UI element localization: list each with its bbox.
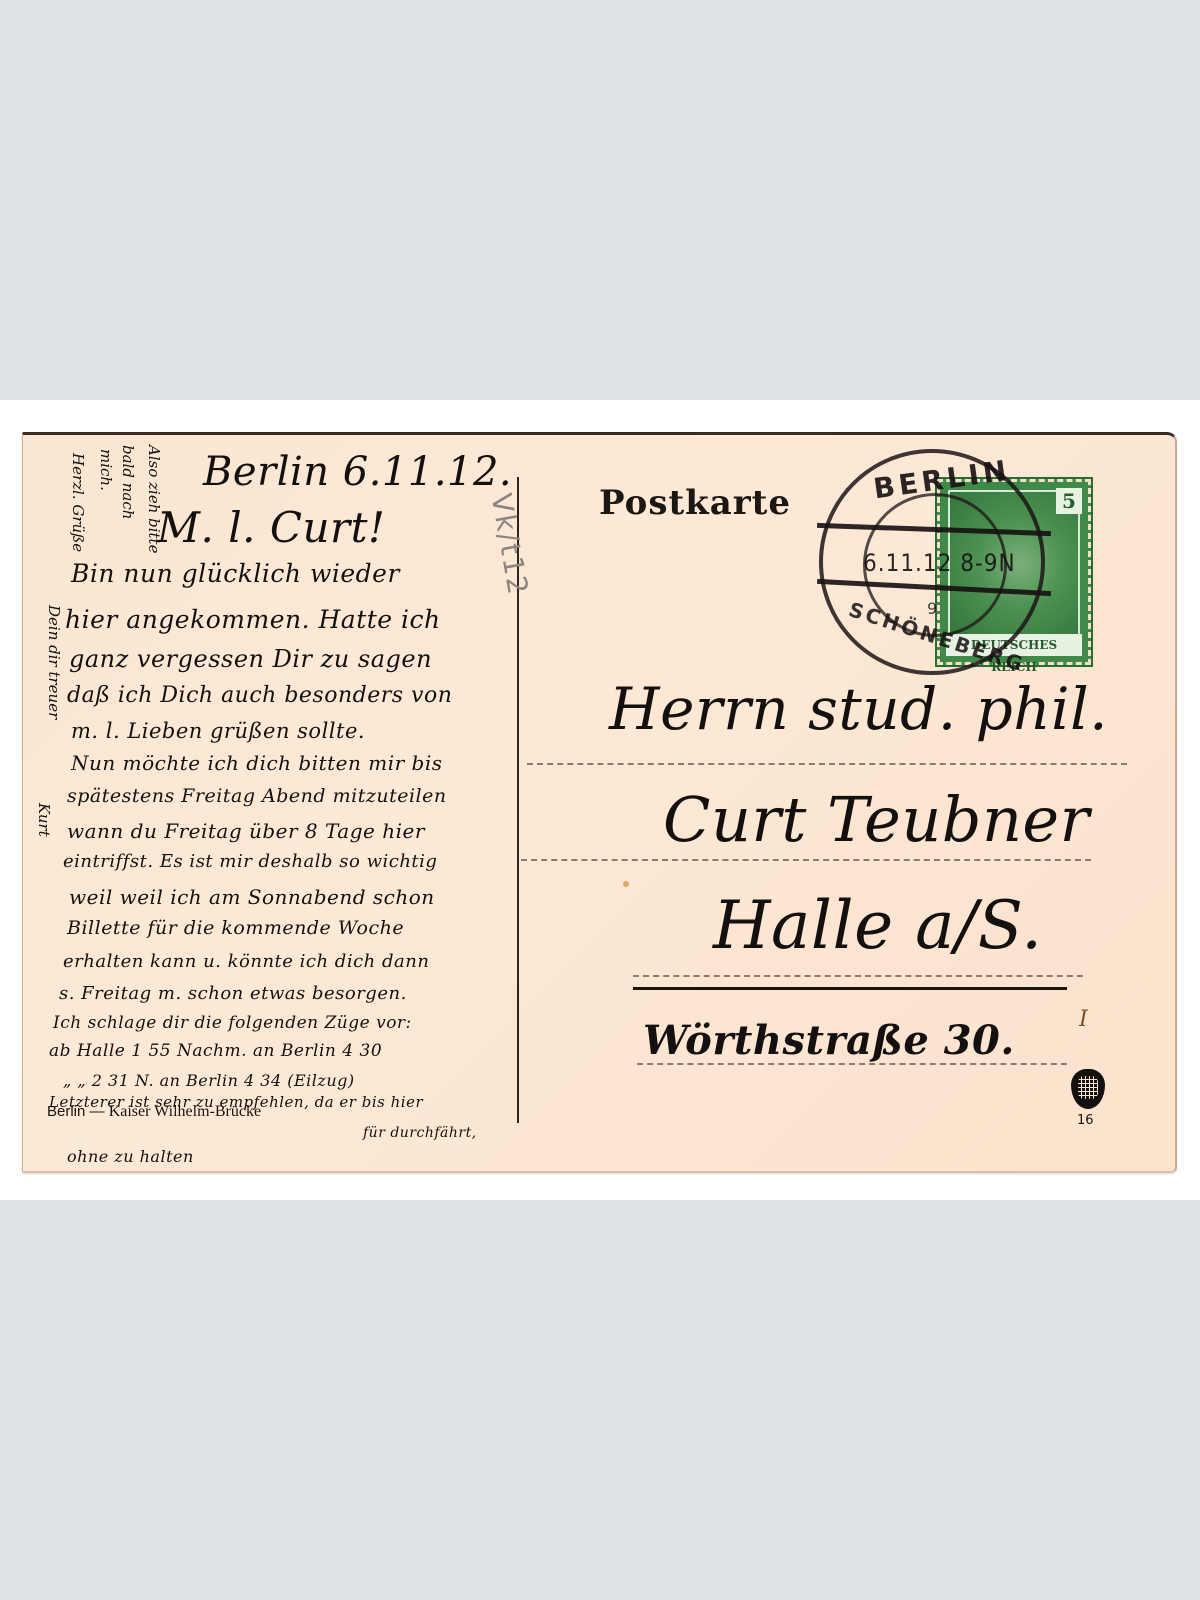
postmark-date: 6.11.12 8-9N: [863, 549, 1016, 577]
margin-line: bald nach: [119, 445, 137, 519]
message-line: hier angekommen. Hatte ich: [65, 605, 441, 634]
address-floor-note: I: [1079, 1007, 1088, 1032]
message-line: Ich schlage dir die folgenden Züge vor:: [53, 1013, 412, 1033]
message-salutation: M. l. Curt!: [157, 503, 385, 552]
margin-line: Also zieh bitte: [145, 445, 163, 553]
message-dateline: Berlin 6.11.12.: [203, 449, 512, 495]
publisher-number: 16: [1077, 1113, 1094, 1128]
margin-line: Herzl. Grüße: [69, 453, 87, 552]
message-line: ab Halle 1 55 Nachm. an Berlin 4 30: [49, 1041, 382, 1061]
address-rule: [521, 859, 1091, 861]
caption-title: Kaiser Wilhelm-Brücke: [109, 1103, 261, 1120]
message-line: wann du Freitag über 8 Tage hier: [67, 819, 425, 843]
address-rule-solid: [633, 987, 1067, 990]
address-line-2: Curt Teubner: [663, 783, 1090, 856]
margin-line: Kurt: [35, 803, 53, 837]
message-line: erhalten kann u. könnte ich dich dann: [63, 951, 429, 972]
message-line: Billette für die kommende Woche: [67, 917, 404, 939]
ink-spot: [623, 881, 629, 887]
message-line: ohne zu halten: [67, 1147, 194, 1166]
margin-line: mich.: [97, 449, 115, 491]
message-line: „ „ 2 31 N. an Berlin 4 34 (Eilzug): [63, 1071, 355, 1090]
address-rule: [633, 975, 1083, 977]
address-line-4: Wörthstraße 30.: [643, 1017, 1015, 1064]
postkarte-heading: Postkarte: [599, 483, 791, 523]
message-line: daß ich Dich auch besonders von: [67, 683, 452, 708]
margin-line: Dein dir treuer: [45, 605, 63, 719]
address-line-3: Halle a/S.: [713, 887, 1043, 964]
message-line: ganz vergessen Dir zu sagen: [69, 645, 432, 673]
message-line: weil weil ich am Sonnabend schon: [69, 885, 435, 909]
pencil-note: Vk/t12: [485, 491, 535, 599]
postcard: Berlin 6.11.12. M. l. Curt! Bin nun glüc…: [22, 432, 1177, 1173]
caption-city: Berlin: [47, 1103, 85, 1120]
message-line: Bin nun glücklich wieder: [71, 559, 400, 588]
message-line: Nun möchte ich dich bitten mir bis: [71, 751, 443, 775]
address-line-1: Herrn stud. phil.: [609, 675, 1108, 743]
message-line: s. Freitag m. schon etwas besorgen.: [59, 983, 407, 1004]
card-caption: Berlin — Kaiser Wilhelm-Brücke: [47, 1103, 261, 1121]
publisher-logo-icon: [1071, 1069, 1105, 1109]
caption-dash: —: [90, 1103, 105, 1120]
message-line: m. l. Lieben grüßen sollte.: [71, 719, 365, 743]
message-line: eintriffst. Es ist mir deshalb so wichti…: [63, 851, 437, 872]
message-annotation: für durchfährt,: [363, 1125, 477, 1141]
address-rule: [527, 763, 1127, 765]
postmark-sub: 9: [927, 599, 937, 618]
message-line: spätestens Freitag Abend mitzuteilen: [67, 785, 447, 807]
postmark-cancel: BERLIN 6.11.12 8-9N 9 SCHÖNEBERG: [819, 449, 1045, 675]
stamp-value: 5: [1056, 488, 1082, 514]
